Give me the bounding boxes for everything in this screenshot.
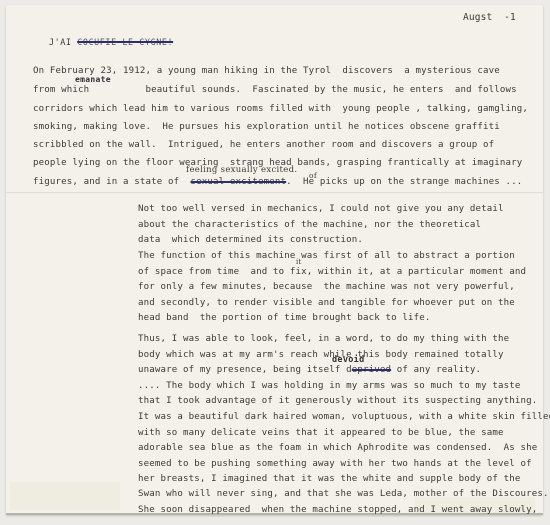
insert-it: it: [296, 258, 302, 266]
quote-line-1: Not too well versed in mechanics, I coul…: [138, 203, 504, 215]
quote-line-3: data which determined its construction.: [138, 234, 363, 246]
title-struck: COCUFIE LE CYGNE!: [77, 37, 173, 47]
quote-line-4: The function of this machine was first o…: [138, 250, 515, 262]
title-prefix: J'AI: [49, 37, 77, 47]
quote-line-9: Thus, I was able to look, feel, in a wor…: [138, 333, 509, 345]
devoid-before: unaware of my presence, being itself d: [138, 365, 352, 375]
struck-deprived: eprived: [352, 365, 391, 375]
quote-line-10: body which was at my arm's reach while t…: [138, 349, 504, 361]
quote-line-17: seemed to be pushing something away with…: [138, 458, 532, 470]
quote-line-5: of space from time and to fix, within it…: [138, 266, 526, 278]
quote-line-19: Swan who will never sing, and that she w…: [138, 488, 549, 500]
document-title: J'AI COCUFIE LE CYGNE!: [49, 36, 173, 48]
intro-line-4: smoking, making love. He pursues his exp…: [33, 121, 500, 133]
intro-line-5: scribbled on the wall. Intrigued, he ent…: [33, 139, 494, 151]
quote-line-6: for only a few minutes, because the mach…: [138, 281, 515, 293]
caret-insert-mark: ^: [198, 180, 204, 191]
quote-line-14: It was a beautiful dark haired woman, vo…: [138, 411, 550, 423]
struck-sexual-excitement: sexual excitement: [191, 177, 287, 187]
quote-line-16: adorable sea blue as the foam in which A…: [138, 442, 537, 454]
quote-line-12: .... The body which I was holding in my …: [138, 380, 521, 392]
intro-line-7: figures, and in a state of sexual excite…: [33, 176, 522, 188]
quote-line-8: head band the portion of time brought ba…: [138, 312, 431, 324]
quote-line-20: She soon disappeared when the machine st…: [138, 504, 537, 516]
insert-emanate: emanate: [75, 75, 111, 84]
page-number: Augst -1: [463, 12, 516, 24]
quote-line-15: with so many delicate veins that it appe…: [138, 427, 504, 439]
quote-line-18: her breasts, I imagined that it was the …: [138, 473, 521, 485]
quote-line-11: unaware of my presence, being itself dep…: [138, 364, 481, 376]
line7-after: . He picks up on the strange machines ..…: [286, 177, 522, 187]
insert-feeling: feeling sexually excited.: [186, 165, 297, 175]
quote-line-13: that I took advantage of it generously w…: [138, 395, 537, 407]
paper-fold: [6, 192, 543, 194]
line7-before: figures, and in a state of: [33, 177, 191, 187]
intro-line-2: from which beautiful sounds. Fascinated …: [33, 84, 517, 96]
intro-line-3: corridors which lead him to various room…: [33, 103, 528, 115]
tape-strip-left: [10, 482, 120, 510]
quote-line-2: about the characteristics of the machine…: [138, 219, 481, 231]
quote-line-7: and secondly, to render visible and tang…: [138, 297, 515, 309]
devoid-after: of any reality.: [391, 365, 481, 375]
